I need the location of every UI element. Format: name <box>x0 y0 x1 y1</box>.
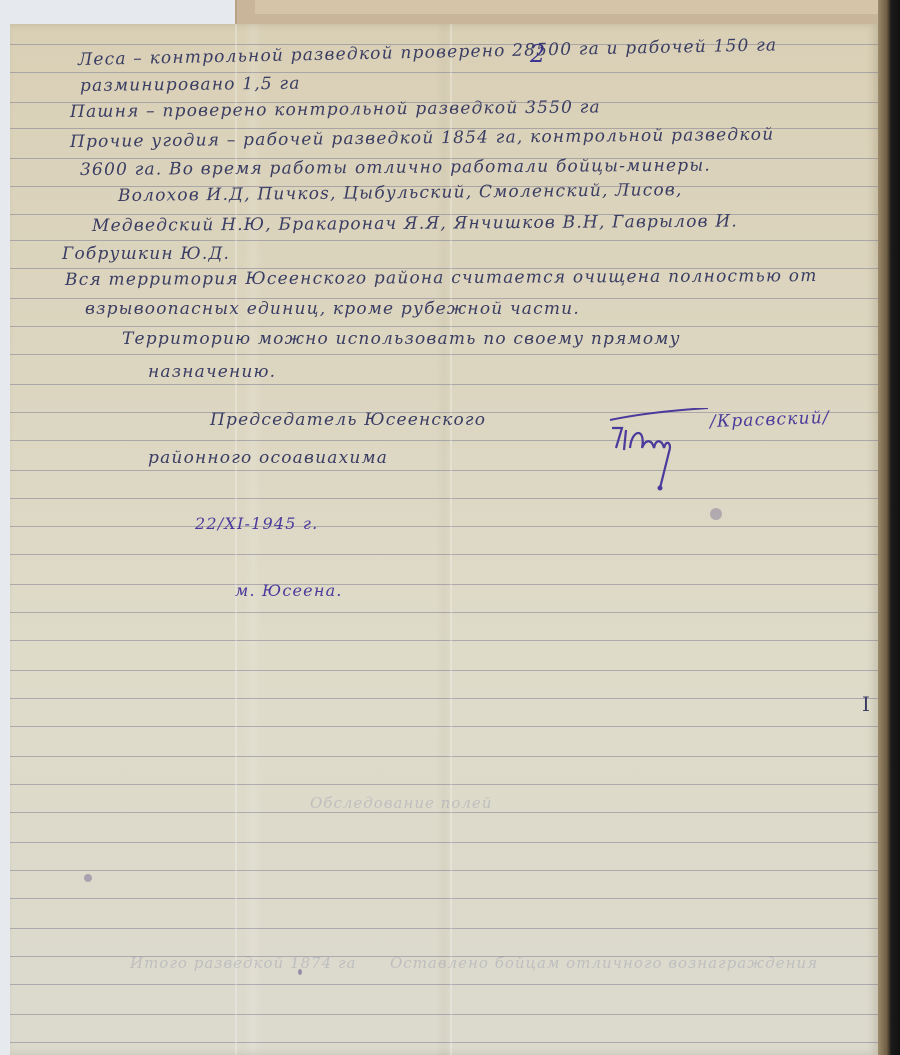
text-line: 3600 га. Во время работы отлично работал… <box>80 156 711 180</box>
bleed-through-text: Оставлено бойцам отличного вознаграждени… <box>390 954 818 972</box>
document-place: м. Юсеена. <box>235 581 343 600</box>
signatory-title: Председатель Юсеенского <box>210 410 486 430</box>
text-line: Пашня – проверено контрольной разведкой … <box>70 97 601 122</box>
text-line: Волохов И.Д, Пичкоs, Цыбульский, Смоленс… <box>118 180 683 206</box>
signatory-name: /Красвский/ <box>710 408 830 432</box>
document-page: Обследование полей Итого разведкой 1874 … <box>10 24 878 1055</box>
bleed-through-text: Обследование полей <box>310 794 492 812</box>
text-line: Медведский Н.Ю, Бракаронач Я.Я, Янчишков… <box>92 211 738 236</box>
underlying-sheet-edge-2 <box>255 0 880 14</box>
binding-edge <box>878 0 900 1055</box>
document-date: 22/XI-1945 г. <box>195 514 318 533</box>
text-line: Территорию можно использовать по своему … <box>122 329 681 349</box>
text-line: взрывоопасных единиц, кроме рубежной час… <box>85 299 580 319</box>
text-line: Леса – контрольной разведкой проверено 2… <box>78 35 778 70</box>
bleed-through-text: Итого разведкой 1874 га <box>130 954 356 972</box>
signatory-organization: районного осоавиахима <box>148 448 388 468</box>
text-line: разминировано 1,5 га <box>80 74 301 96</box>
margin-mark: I <box>862 692 871 716</box>
text-line: Гобрушкин Ю.Д. <box>62 244 230 264</box>
text-line: назначению. <box>148 362 276 382</box>
text-line: Вся территория Юсеенского района считает… <box>65 266 818 290</box>
scanned-document: Обследование полей Итого разведкой 1874 … <box>0 0 900 1055</box>
